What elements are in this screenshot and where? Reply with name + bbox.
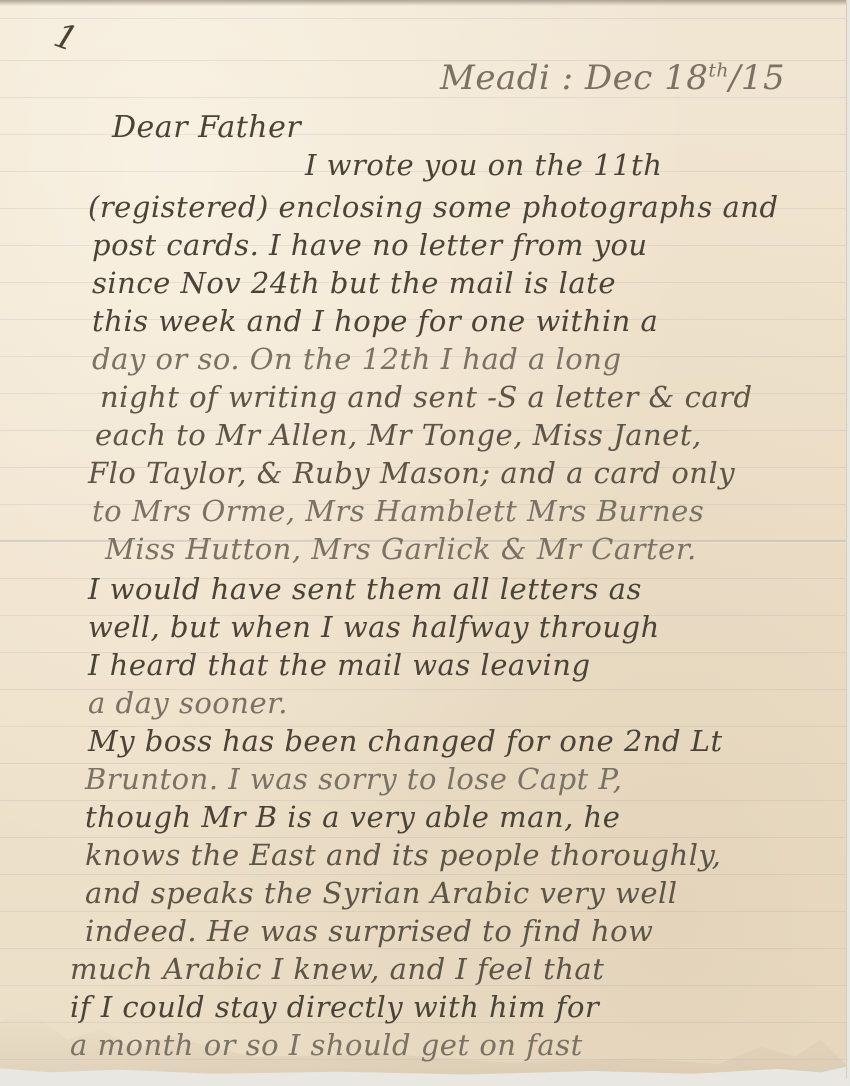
letter-line-24: a month or so I should get on fast	[70, 1028, 583, 1062]
letter-line-7: night of writing and sent -S a letter & …	[100, 380, 753, 414]
letter-line-10: to Mrs Orme, Mrs Hamblett Mrs Burnes	[92, 494, 704, 528]
letter-line-11: Miss Hutton, Mrs Garlick & Mr Carter.	[105, 532, 697, 566]
letter-line-20: and speaks the Syrian Arabic very well	[85, 876, 678, 910]
dateline: Meadi : Dec 18th/15	[440, 58, 785, 98]
letter-line-23: if I could stay directly with him for	[70, 990, 599, 1024]
letter-line-18: though Mr B is a very able man, he	[85, 800, 620, 834]
letter-line-2: (registered) enclosing some photographs …	[88, 190, 779, 224]
letter-line-22: much Arabic I knew, and I feel that	[70, 952, 604, 986]
letter-line-15: a day sooner.	[88, 686, 288, 720]
letter-line-12: I would have sent them all letters as	[88, 572, 642, 606]
dateline-separator: :	[562, 58, 585, 98]
letter-line-17: Brunton. I was sorry to lose Capt P,	[85, 762, 622, 796]
dateline-date-suffix: th	[708, 61, 729, 82]
letter-line-3: post cards. I have no letter from you	[92, 228, 648, 262]
letter-line-6: day or so. On the 12th I had a long	[92, 342, 622, 376]
letter-line-19: knows the East and its people thoroughly…	[85, 838, 721, 872]
letter-line-8: each to Mr Allen, Mr Tonge, Miss Janet,	[95, 418, 702, 452]
letter-line-4: since Nov 24th but the mail is late	[92, 266, 616, 300]
letter-line-1: I wrote you on the 11th	[305, 148, 662, 182]
top-edge-shadow	[0, 0, 846, 6]
letter-line-13: well, but when I was halfway through	[88, 610, 660, 644]
letter-line-21: indeed. He was surprised to find how	[85, 914, 653, 948]
dateline-year: /15	[729, 58, 785, 98]
letter-line-9: Flo Taylor, & Ruby Mason; and a card onl…	[88, 456, 735, 490]
letter-line-14: I heard that the mail was leaving	[88, 648, 591, 682]
salutation: Dear Father	[112, 110, 301, 145]
page-number: 1	[49, 15, 83, 60]
letter-line-5: this week and I hope for one within a	[92, 304, 658, 338]
dateline-place: Meadi	[440, 58, 550, 98]
dateline-date: Dec 18	[585, 58, 709, 98]
letter-page: 1 Meadi : Dec 18th/15 Dear Father I wrot…	[0, 0, 846, 1078]
letter-line-16: My boss has been changed for one 2nd Lt	[88, 724, 723, 758]
